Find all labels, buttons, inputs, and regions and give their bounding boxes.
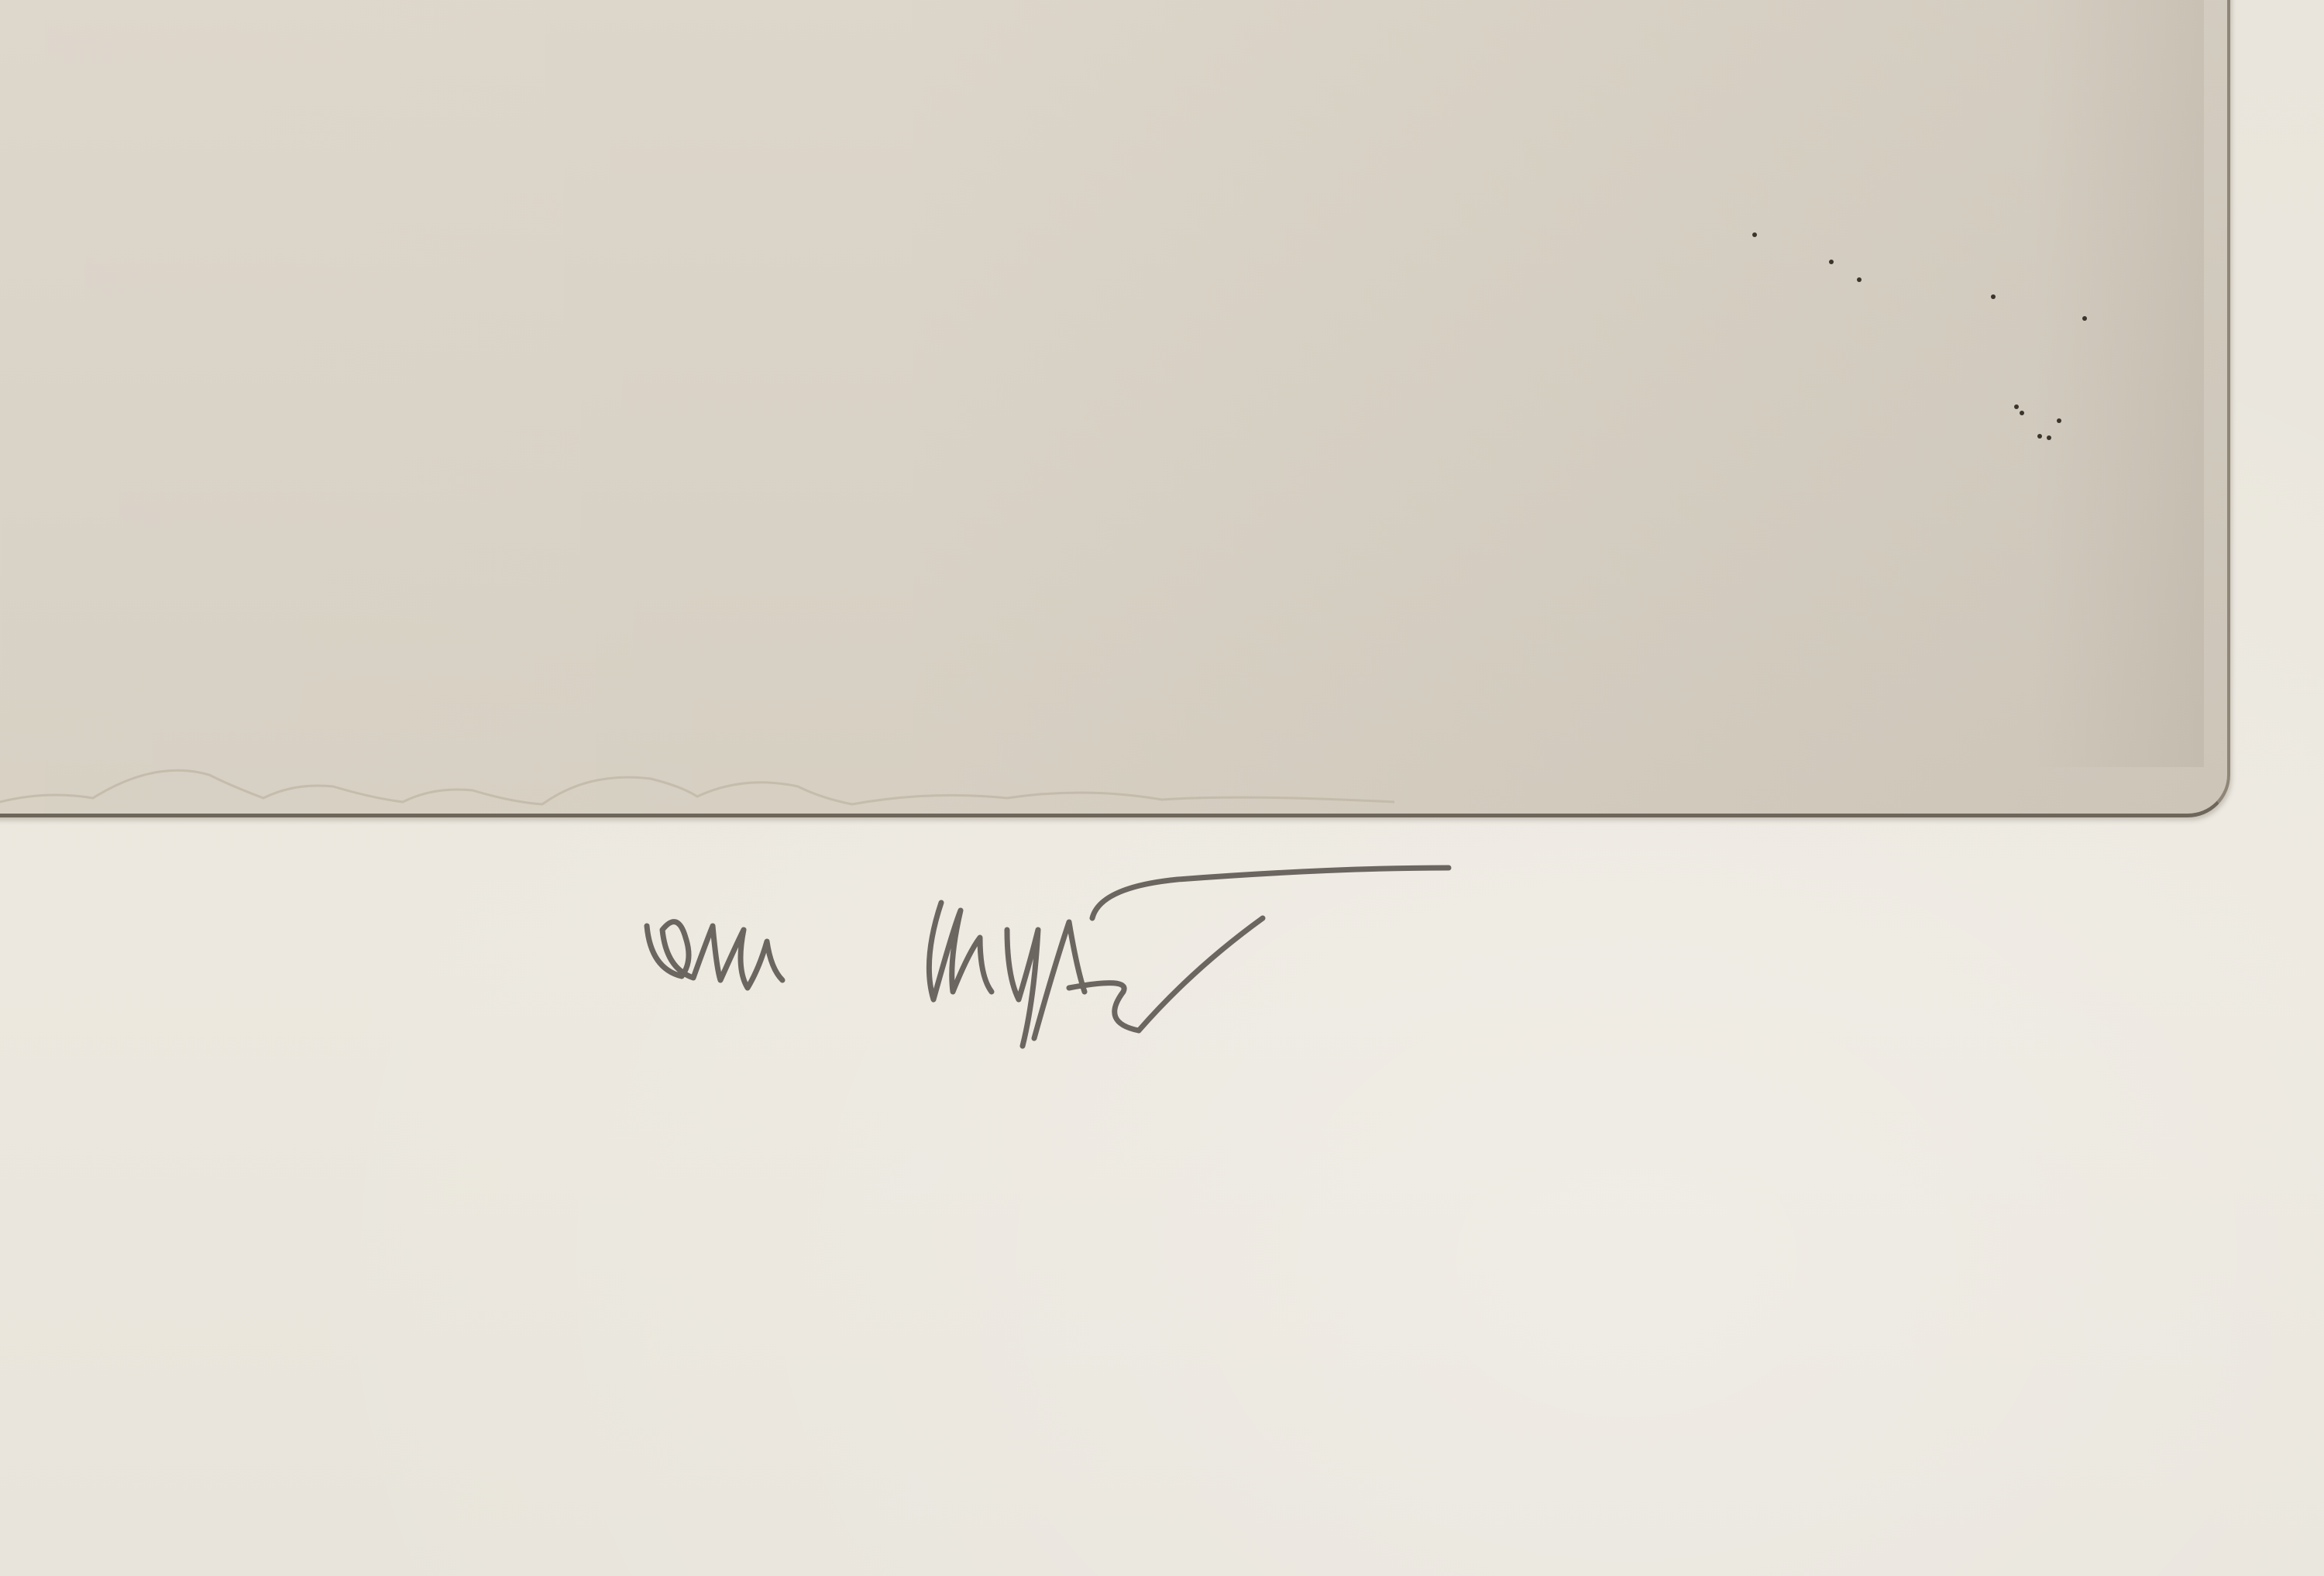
- etching-plate-area: [0, 0, 2230, 817]
- faint-hill-lines: [0, 744, 1394, 814]
- pencil-signature: [635, 852, 2068, 1085]
- plate-tone-shading: [2033, 0, 2204, 767]
